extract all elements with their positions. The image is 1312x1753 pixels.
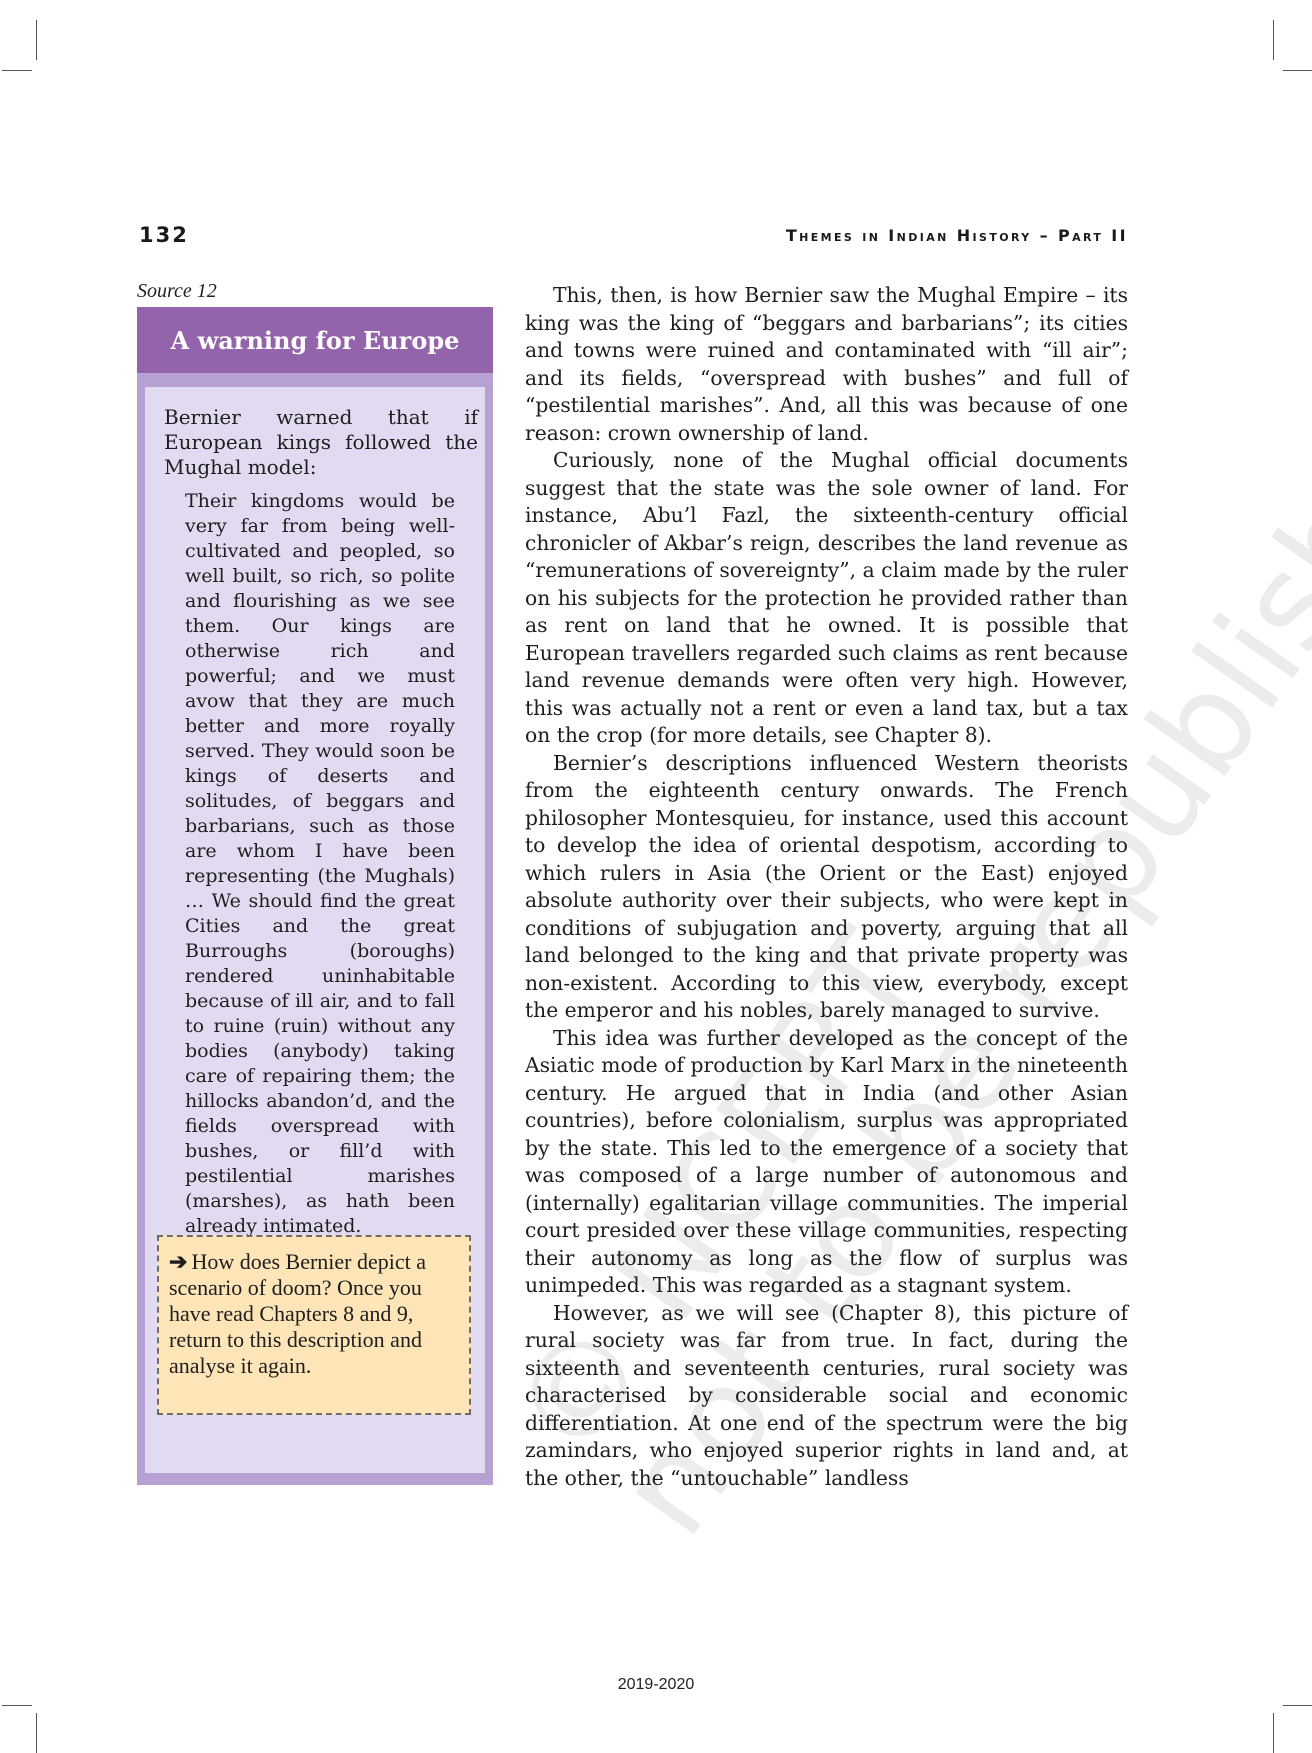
crop-mark-bottom-left-vertical — [36, 1713, 37, 1753]
crop-mark-top-left-horizontal — [2, 70, 32, 71]
crop-mark-top-right-vertical — [1273, 20, 1274, 60]
crop-mark-bottom-right-vertical — [1273, 1713, 1274, 1753]
paragraph: This idea was further developed as the c… — [525, 1025, 1128, 1300]
source-box: A warning for Europe Bernier warned that… — [137, 307, 493, 1485]
source-title: A warning for Europe — [171, 326, 460, 355]
source-label: Source 12 — [137, 280, 217, 303]
footer-year: 2019-2020 — [0, 1676, 1312, 1694]
crop-mark-top-right-horizontal — [1283, 70, 1312, 71]
question-box: ➔How does Bernier depict a scenario of d… — [157, 1235, 471, 1415]
arrow-right-circle-icon: ➔ — [169, 1249, 187, 1275]
paragraph: However, as we will see (Chapter 8), thi… — [525, 1300, 1128, 1493]
crop-mark-top-left-vertical — [36, 20, 37, 60]
source-content: Bernier warned that if European kings fo… — [145, 387, 485, 1473]
main-text-column: This, then, is how Bernier saw the Mugha… — [525, 282, 1128, 1492]
running-head: Themes in Indian History – Part II — [786, 226, 1128, 245]
paragraph: Bernier’s descriptions influenced Wester… — [525, 750, 1128, 1025]
question-text: How does Bernier depict a scenario of do… — [169, 1249, 426, 1378]
source-intro: Bernier warned that if European kings fo… — [164, 405, 478, 480]
source-title-bar: A warning for Europe — [137, 307, 493, 373]
paragraph: This, then, is how Bernier saw the Mugha… — [525, 282, 1128, 447]
paragraph: Curiously, none of the Mughal official d… — [525, 447, 1128, 750]
page-number: 132 — [139, 223, 189, 247]
crop-mark-bottom-right-horizontal — [1283, 1705, 1312, 1706]
source-quote: Their kingdoms would be very far from be… — [185, 489, 455, 1239]
crop-mark-bottom-left-horizontal — [2, 1705, 32, 1706]
